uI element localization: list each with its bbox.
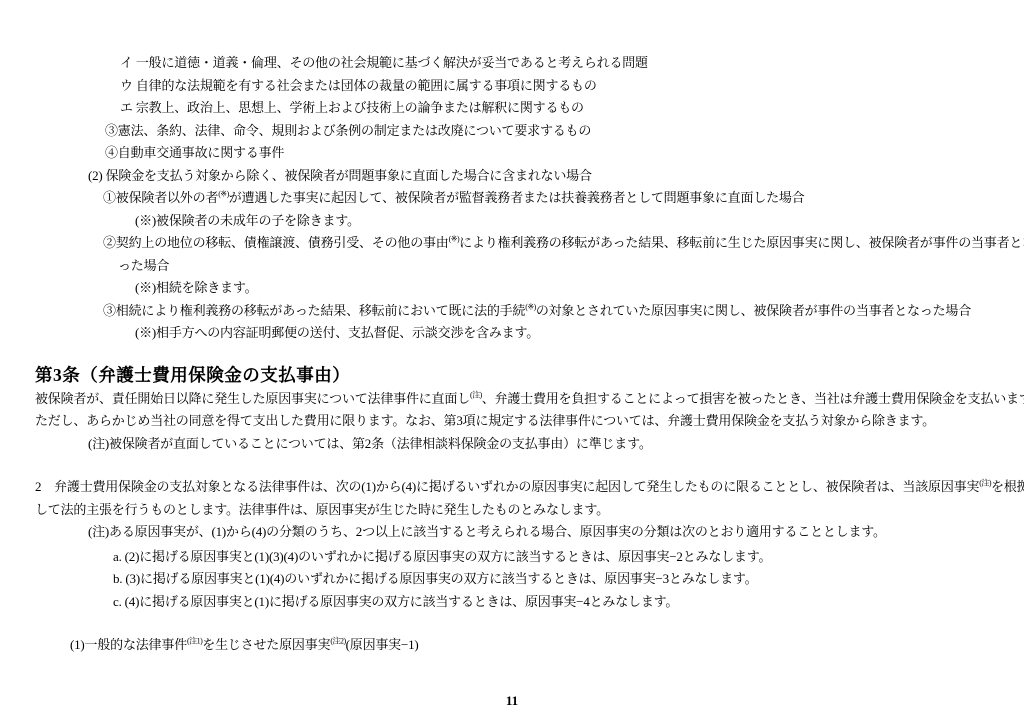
clause-2-paren2-item1-note: (※)被保険者の未成年の子を除きます。 (35, 210, 1010, 233)
text-segment: った場合 (118, 258, 169, 273)
article-3-para1-note: (注)被保険者が直面していることについては、第2条（法律相談料保険金の支払事由）… (35, 433, 1010, 456)
text-segment: イ 一般に道徳・道義・倫理、その他の社会規範に基づく解決が妥当であると考えられる… (120, 55, 648, 70)
classification-rule-c: c. (4)に掲げる原因事実と(1)に掲げる原因事実の双方に該当するときは、原因… (35, 591, 1010, 614)
text-segment: (注)ある原因事実が、(1)から(4)の分類のうち、2つ以上に該当すると考えられ… (88, 524, 886, 539)
clause-2-paren2-item2-cont: った場合 (35, 255, 1010, 278)
text-segment: (※)相続を除きます。 (135, 280, 257, 295)
text-segment: 被保険者が、責任開始日以降に発生した原因事実について法律事件に直面し (35, 391, 470, 406)
list-item-katakana-e: エ 宗教上、政治上、思想上、学術上および技術上の論争または解釈に関するもの (35, 97, 1010, 120)
article-3-heading: 第3条（弁護士費用保険金の支払事由） (35, 362, 1010, 388)
clause-2-paren2-item3: ③相続により権利義務の移転があった結果、移転前において既に法的手続(※)の対象と… (35, 300, 1010, 323)
text-segment: ②契約上の地位の移転、債権譲渡、債務引受、その他の事由 (103, 235, 449, 250)
text-segment: (※)被保険者の未成年の子を除きます。 (135, 213, 360, 228)
article-3-para1-line1: 被保険者が、責任開始日以降に発生した原因事実について法律事件に直面し(注)、弁護… (35, 388, 1010, 411)
text-segment: (原因事実−1) (346, 637, 419, 652)
list-item-katakana-u: ウ 自律的な法規範を有する社会または団体の裁量の範囲に属する事項に関するもの (35, 75, 1010, 98)
article-3-para2-note: (注)ある原因事実が、(1)から(4)の分類のうち、2つ以上に該当すると考えられ… (35, 521, 1010, 544)
note-ref: (※) (449, 235, 460, 244)
list-item-katakana-i: イ 一般に道徳・道義・倫理、その他の社会規範に基づく解決が妥当であると考えられる… (35, 52, 1010, 75)
text-segment: を生じさせた原因事実 (202, 637, 330, 652)
text-segment: (注)被保険者が直面していることについては、第2条（法律相談料保険金の支払事由）… (88, 436, 652, 451)
note-ref: (注) (979, 479, 991, 488)
text-segment: して法的主張を行うものとします。法律事件は、原因事実が生じた時に発生したものとみ… (35, 502, 609, 517)
text-segment: b. (3)に掲げる原因事実と(1)(4)のいずれかに掲げる原因事実の双方に該当… (113, 571, 757, 586)
article-3-para1-line2: ただし、あらかじめ当社の同意を得て支出した費用に限ります。なお、第3項に規定する… (35, 410, 1010, 433)
classification-rule-b: b. (3)に掲げる原因事実と(1)(4)のいずれかに掲げる原因事実の双方に該当… (35, 568, 1010, 591)
note-ref: (※) (525, 302, 536, 311)
text-segment: (2) 保険金を支払う対象から除く、被保険者が問題事象に直面した場合に含まれない… (88, 168, 592, 183)
list-item-circle3: ③憲法、条約、法律、命令、規則および条例の制定または改廃について要求するもの (35, 120, 1010, 143)
text-segment: が遭遇した事実に起因して、被保険者が監督義務者または扶養義務者として問題事象に直… (229, 190, 805, 205)
text-segment: ただし、あらかじめ当社の同意を得て支出した費用に限ります。なお、第3項に規定する… (35, 413, 935, 428)
clause-2-paren2-item2-note: (※)相続を除きます。 (35, 277, 1010, 300)
text-segment: を根拠と (991, 479, 1024, 494)
text-segment: の対象とされていた原因事実に関し、被保険者が事件の当事者となった場合 (536, 303, 971, 318)
text-segment: ウ 自律的な法規範を有する社会または団体の裁量の範囲に属する事項に関するもの (120, 78, 597, 93)
text-segment: 2 弁護士費用保険金の支払対象となる法律事件は、次の(1)から(4)に掲げるいず… (35, 479, 979, 494)
text-segment: エ 宗教上、政治上、思想上、学術上および技術上の論争または解釈に関するもの (120, 100, 584, 115)
note-ref: (※) (218, 190, 229, 199)
note-ref: (注1) (187, 637, 202, 646)
text-segment: (1)一般的な法律事件 (70, 637, 187, 652)
text-segment: a. (2)に掲げる原因事実と(1)(3)(4)のいずれかに掲げる原因事実の双方… (113, 549, 771, 564)
note-ref: (注2) (330, 637, 345, 646)
text-segment: 第3条（弁護士費用保険金の支払事由） (35, 365, 350, 385)
article-3-para2-line2: して法的主張を行うものとします。法律事件は、原因事実が生じた時に発生したものとみ… (35, 499, 1010, 522)
text-segment: c. (4)に掲げる原因事実と(1)に掲げる原因事実の双方に該当するときは、原因… (113, 594, 678, 609)
list-item-circle4: ④自動車交通事故に関する事件 (35, 142, 1010, 165)
text-segment: ④自動車交通事故に関する事件 (105, 145, 284, 160)
text-segment: 、弁護士費用を負担することによって損害を被ったとき、当社は弁護士費用保険金を支払… (482, 391, 1024, 406)
document-body: イ 一般に道徳・道義・倫理、その他の社会規範に基づく解決が妥当であると考えられる… (35, 52, 1010, 657)
text-segment: (※)相手方への内容証明郵便の送付、支払督促、示談交渉を含みます。 (135, 325, 539, 340)
text-segment: により権利義務の移転があった結果、移転前に生じた原因事実に関し、被保険者が事件の… (459, 235, 1024, 250)
clause-3-item1: (1)一般的な法律事件(注1)を生じさせた原因事実(注2)(原因事実−1) (35, 634, 1010, 657)
note-ref: (注) (470, 390, 482, 399)
text-segment: ③憲法、条約、法律、命令、規則および条例の制定または改廃について要求するもの (105, 123, 591, 138)
article-3-para2-line1: 2 弁護士費用保険金の支払対象となる法律事件は、次の(1)から(4)に掲げるいず… (35, 476, 1010, 499)
clause-2-paren2: (2) 保険金を支払う対象から除く、被保険者が問題事象に直面した場合に含まれない… (35, 165, 1010, 188)
text-segment: ③相続により権利義務の移転があった結果、移転前において既に法的手続 (103, 303, 525, 318)
text-segment: ①被保険者以外の者 (103, 190, 218, 205)
clause-2-paren2-item1: ①被保険者以外の者(※)が遭遇した事実に起因して、被保険者が監督義務者または扶養… (35, 187, 1010, 210)
document-page: { "page": { "number": "11" }, "content":… (0, 0, 1024, 726)
clause-2-paren2-item2: ②契約上の地位の移転、債権譲渡、債務引受、その他の事由(※)により権利義務の移転… (35, 232, 1010, 255)
page-number: 11 (0, 693, 1024, 709)
clause-2-paren2-item3-note: (※)相手方への内容証明郵便の送付、支払督促、示談交渉を含みます。 (35, 322, 1010, 345)
classification-rule-a: a. (2)に掲げる原因事実と(1)(3)(4)のいずれかに掲げる原因事実の双方… (35, 546, 1010, 569)
